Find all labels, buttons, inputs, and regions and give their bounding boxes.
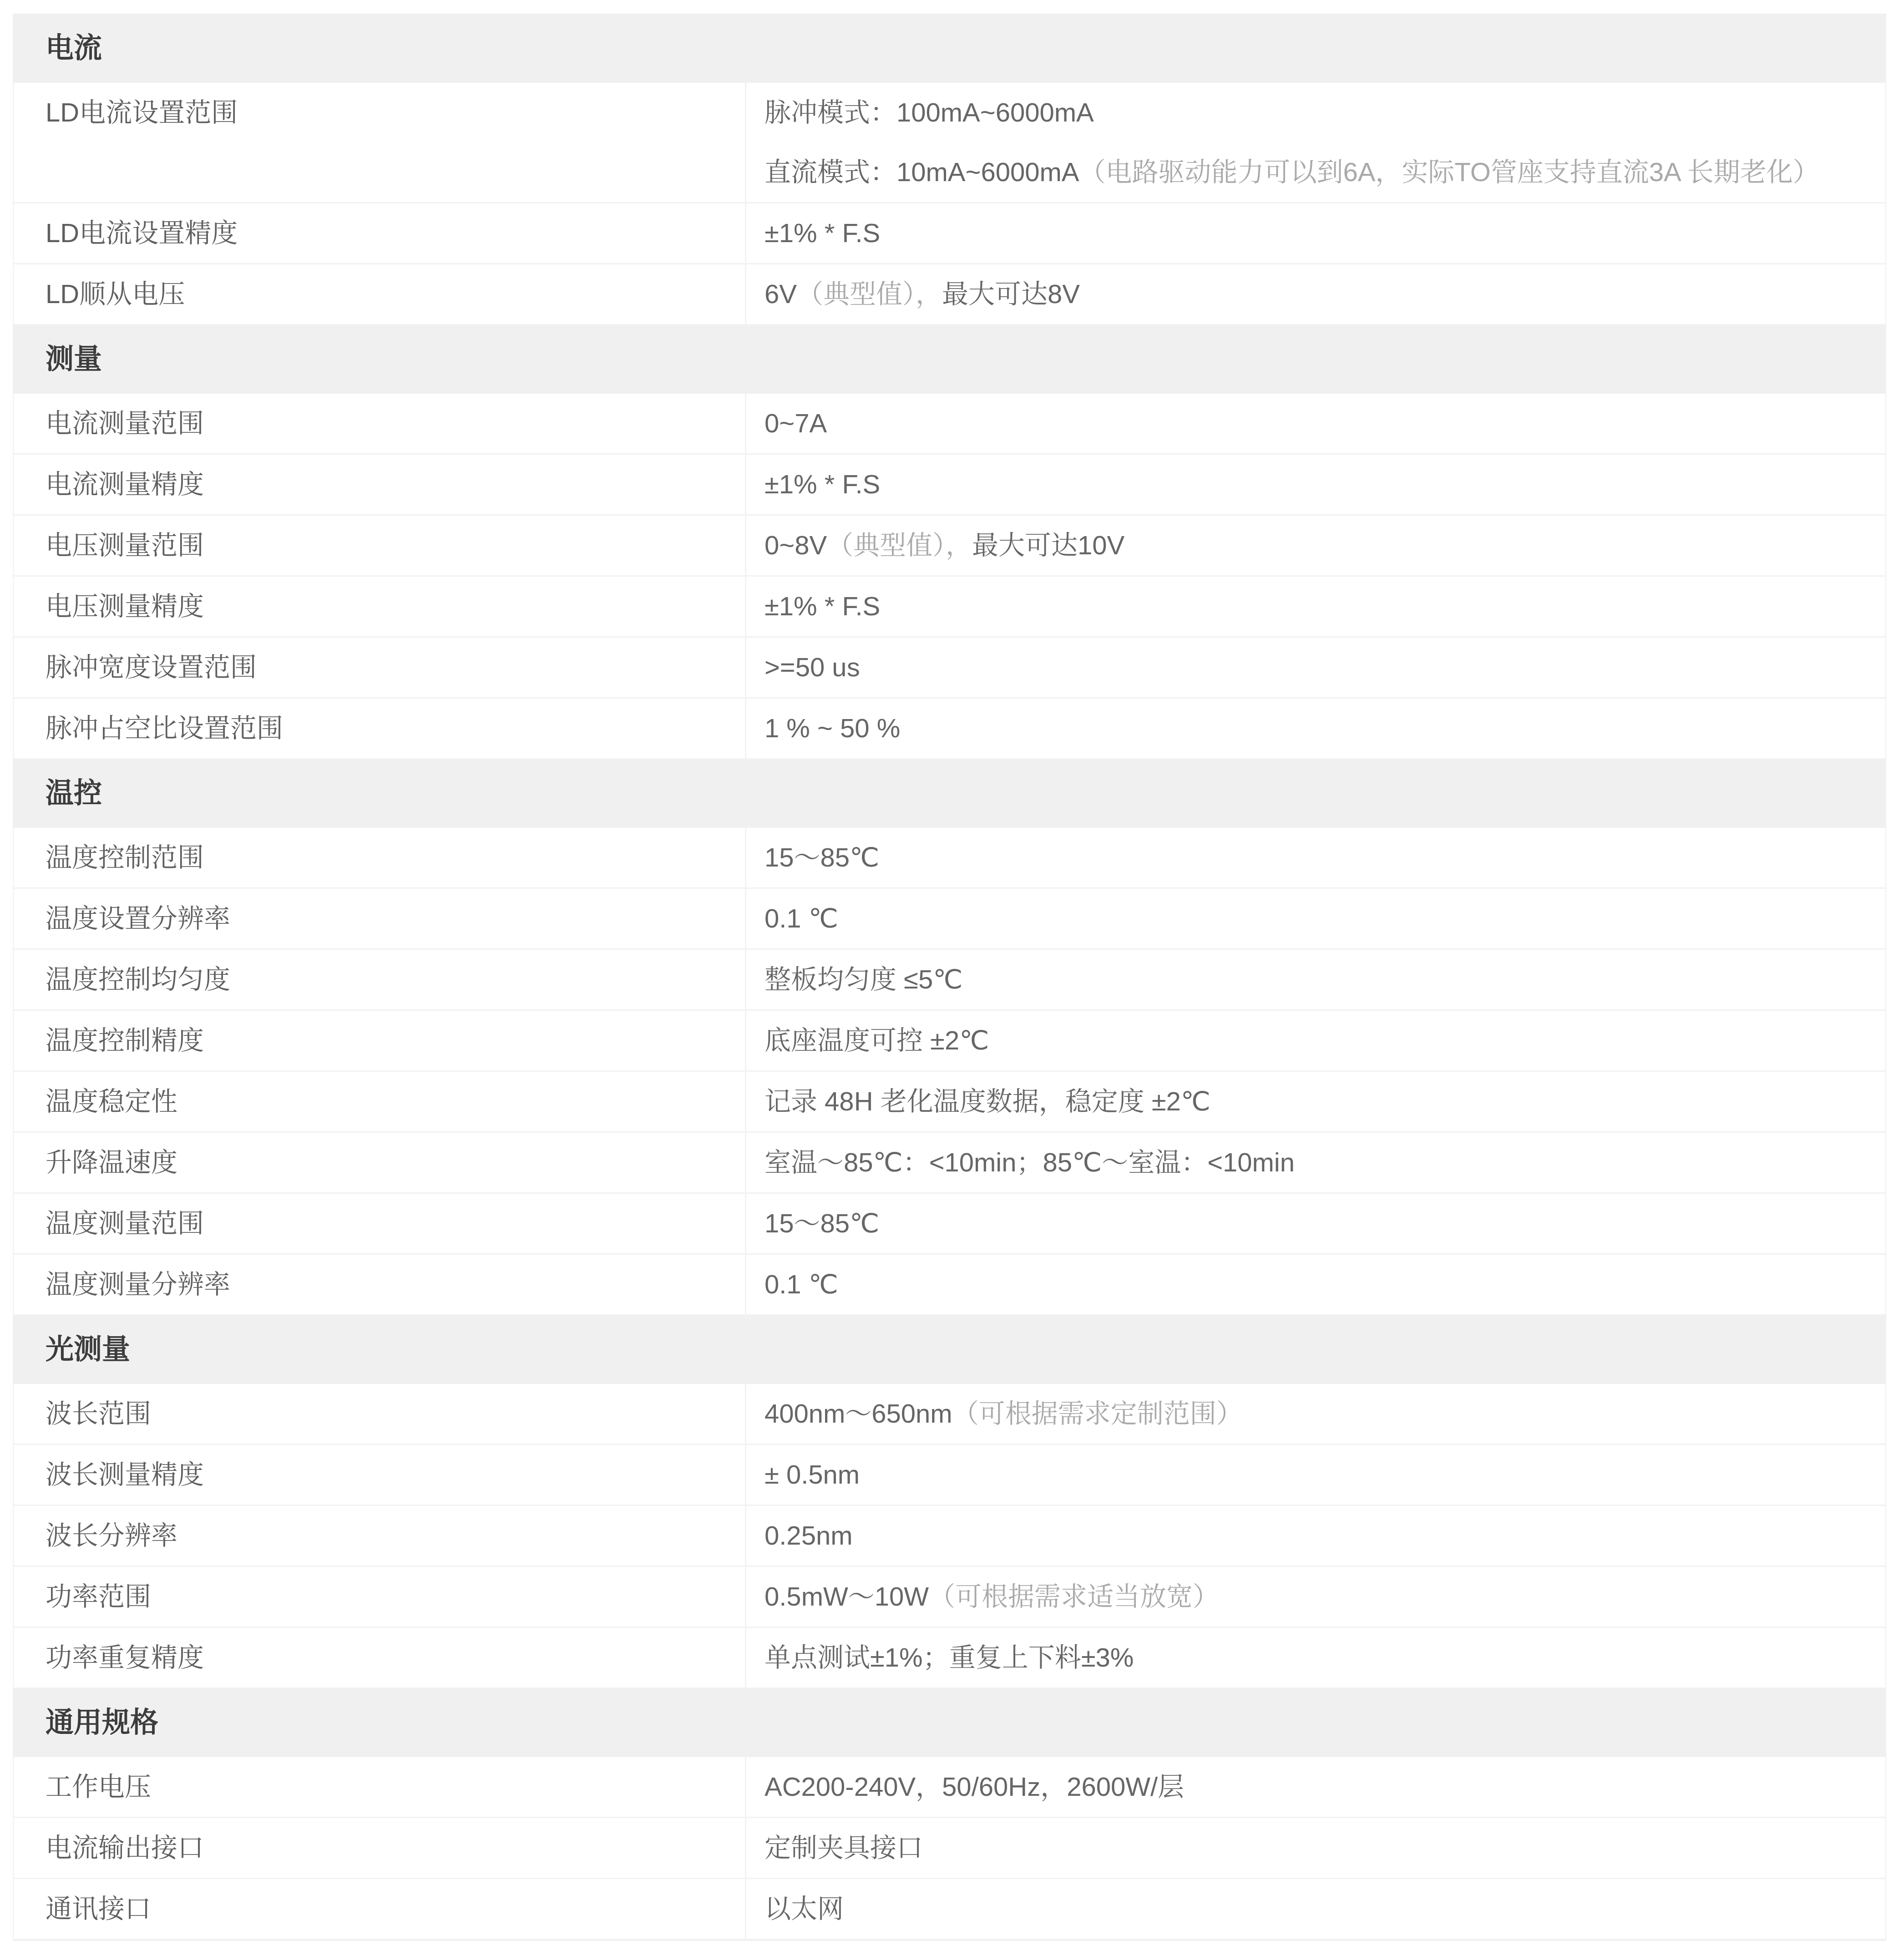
value-line: ±1% * F.S [765,455,1885,514]
value-note-text: （可根据需求适当放宽） [929,1582,1219,1612]
table-row: 温度控制范围 15～85℃ [14,828,1885,889]
table-row: 功率重复精度 单点测试±1%；重复上下料±3% [14,1628,1885,1689]
value-text: ± 0.5nm [765,1460,860,1490]
row-value: 单点测试±1%；重复上下料±3% [746,1628,1885,1688]
value-line: 0.5mW～10W（可根据需求适当放宽） [765,1567,1885,1627]
spec-table: 电流 LD电流设置范围 脉冲模式：100mA~6000mA直流模式：10mA~6… [13,14,1886,1918]
value-text: 单点测试±1%；重复上下料±3% [765,1643,1134,1672]
row-label: 电流测量精度 [14,455,746,514]
value-line: 400nm～650nm（可根据需求定制范围） [765,1384,1885,1444]
section-header-optical-measurement: 光测量 [14,1316,1885,1384]
row-label-text: 电流测量范围 [46,394,745,453]
value-note-text: （可根据需求定制范围） [952,1399,1243,1429]
row-label-text: 电流输出接口 [46,1818,745,1878]
row-label-text: 温度设置分辨率 [46,889,745,948]
table-row: 脉冲占空比设置范围 1 % ~ 50 % [14,699,1885,760]
row-label: LD电流设置精度 [14,203,746,263]
row-label: 功率范围 [14,1567,746,1627]
row-label: 温度控制均匀度 [14,950,746,1009]
table-row: 温度控制精度 底座温度可控 ±2℃ [14,1011,1885,1072]
section-header-current: 电流 [14,15,1885,83]
section-header-temperature-control: 温控 [14,760,1885,828]
value-line: 15～85℃ [765,1194,1885,1253]
row-label: 通讯接口 [14,1879,746,1918]
table-row: LD电流设置精度 ±1% * F.S [14,203,1885,264]
row-value: 整板均匀度 ≤5℃ [746,950,1885,1009]
table-row: 波长分辨率 0.25nm [14,1506,1885,1567]
row-label-text: 电压测量精度 [46,577,745,636]
row-value: ±1% * F.S [746,203,1885,263]
value-text: 底座温度可控 ±2℃ [765,1026,989,1055]
row-label: 温度控制精度 [14,1011,746,1070]
value-line: 0~7A [765,394,1885,453]
value-line: 1 % ~ 50 % [765,699,1885,758]
value-line: 整板均匀度 ≤5℃ [765,950,1885,1009]
value-text: 1 % ~ 50 % [765,714,900,743]
value-text: 脉冲模式：100mA~6000mA [765,98,1094,127]
row-label-text: 温度测量范围 [46,1194,745,1253]
value-line: ±1% * F.S [765,203,1885,263]
row-label: 工作电压 [14,1757,746,1817]
table-row: 电流输出接口 定制夹具接口 [14,1818,1885,1879]
row-value: ±1% * F.S [746,455,1885,514]
value-text: 400nm～650nm [765,1399,952,1429]
row-label-text: 电压测量范围 [46,516,745,575]
table-row: 温度控制均匀度 整板均匀度 ≤5℃ [14,950,1885,1011]
value-line: ± 0.5nm [765,1445,1885,1505]
row-label: 温度测量范围 [14,1194,746,1253]
value-text: 6V [765,279,797,309]
row-label-text: 温度控制均匀度 [46,950,745,1009]
row-label: 脉冲宽度设置范围 [14,638,746,697]
table-row: 功率范围 0.5mW～10W（可根据需求适当放宽） [14,1567,1885,1628]
value-text: >=50 us [765,653,860,682]
row-label-text: 工作电压 [46,1757,745,1817]
row-value: 15～85℃ [746,828,1885,887]
value-text: 定制夹具接口 [765,1833,923,1863]
row-value: 室温～85℃：<10min；85℃～室温：<10min [746,1133,1885,1192]
row-label: LD顺从电压 [14,264,746,324]
row-value: 记录 48H 老化温度数据，稳定度 ±2℃ [746,1072,1885,1131]
row-label: 功率重复精度 [14,1628,746,1688]
table-row: 电流测量范围 0~7A [14,394,1885,455]
row-label: 温度控制范围 [14,828,746,887]
row-value: 脉冲模式：100mA~6000mA直流模式：10mA~6000mA（电路驱动能力… [746,83,1885,202]
row-label-text: 温度稳定性 [46,1072,745,1131]
row-label: 升降温速度 [14,1133,746,1192]
table-row: 工作电压 AC200-240V，50/60Hz，2600W/层 [14,1757,1885,1818]
row-label: 波长范围 [14,1384,746,1444]
value-text: 0.25nm [765,1521,852,1551]
row-label-text: LD电流设置精度 [46,203,745,263]
value-text: ±1% * F.S [765,592,880,621]
row-label: 脉冲占空比设置范围 [14,699,746,758]
value-line: 以太网 [765,1879,1885,1918]
row-label: LD电流设置范围 [14,83,746,202]
row-label: 波长测量精度 [14,1445,746,1505]
row-label-text: 温度控制精度 [46,1011,745,1070]
table-row: 温度测量范围 15～85℃ [14,1194,1885,1255]
row-value: 15～85℃ [746,1194,1885,1253]
row-label-text: 脉冲宽度设置范围 [46,638,745,697]
table-row: 波长测量精度 ± 0.5nm [14,1445,1885,1506]
value-text: 0~8V [765,531,827,560]
value-line: 室温～85℃：<10min；85℃～室温：<10min [765,1133,1885,1192]
value-line: AC200-240V，50/60Hz，2600W/层 [765,1757,1885,1817]
value-line: 6V（典型值），最大可达8V [765,264,1885,324]
row-value: 底座温度可控 ±2℃ [746,1011,1885,1070]
value-line: ±1% * F.S [765,577,1885,636]
value-text: 0.1 ℃ [765,1270,838,1299]
value-text: ±1% * F.S [765,218,880,248]
value-line: 0.1 ℃ [765,889,1885,948]
table-row: 温度设置分辨率 0.1 ℃ [14,889,1885,950]
value-text: 0~7A [765,409,827,438]
value-note-text: （电路驱动能力可以到6A，实际TO管座支持直流3A 长期老化） [1079,157,1819,187]
row-label-text: 升降温速度 [46,1133,745,1192]
row-value: 0.5mW～10W（可根据需求适当放宽） [746,1567,1885,1627]
value-text: 0.1 ℃ [765,904,838,933]
value-text: ±1% * F.S [765,470,880,499]
value-line: 记录 48H 老化温度数据，稳定度 ±2℃ [765,1072,1885,1131]
table-row: 升降温速度 室温～85℃：<10min；85℃～室温：<10min [14,1133,1885,1194]
value-text: 最大可达10V [972,531,1124,560]
section-header-general-specs: 通用规格 [14,1689,1885,1757]
table-row: 通讯接口 以太网 [14,1879,1885,1918]
value-line: 直流模式：10mA~6000mA（电路驱动能力可以到6A，实际TO管座支持直流3… [765,142,1885,202]
row-label: 温度测量分辨率 [14,1255,746,1314]
table-row: 脉冲宽度设置范围 >=50 us [14,638,1885,699]
row-label: 电压测量精度 [14,577,746,636]
row-label-text: 脉冲占空比设置范围 [46,699,745,758]
row-label: 温度稳定性 [14,1072,746,1131]
row-label-text: 功率重复精度 [46,1628,745,1688]
value-text: 直流模式：10mA~6000mA [765,157,1079,187]
row-value: >=50 us [746,638,1885,697]
value-line: 单点测试±1%；重复上下料±3% [765,1628,1885,1688]
row-label: 电流输出接口 [14,1818,746,1878]
value-text: 15～85℃ [765,843,879,872]
row-label-text: 波长范围 [46,1384,745,1444]
table-row: 波长范围 400nm～650nm（可根据需求定制范围） [14,1384,1885,1445]
row-value: 1 % ~ 50 % [746,699,1885,758]
value-text: 以太网 [765,1894,844,1918]
value-line: 底座温度可控 ±2℃ [765,1011,1885,1070]
value-text: 记录 48H 老化温度数据，稳定度 ±2℃ [765,1087,1210,1116]
row-value: 0~7A [746,394,1885,453]
row-label-text: 电流测量精度 [46,455,745,514]
row-label: 波长分辨率 [14,1506,746,1566]
value-line: 0.25nm [765,1506,1885,1566]
value-line: >=50 us [765,638,1885,697]
row-value: 以太网 [746,1879,1885,1918]
value-text: 15～85℃ [765,1209,879,1238]
row-label-text: 温度控制范围 [46,828,745,887]
row-label-text: 温度测量分辨率 [46,1255,745,1314]
table-row: 电压测量精度 ±1% * F.S [14,577,1885,638]
value-text: 0.5mW～10W [765,1582,929,1612]
value-note-text: （典型值）， [797,279,942,309]
row-label-text: 波长测量精度 [46,1445,745,1505]
value-line: 0~8V（典型值），最大可达10V [765,516,1885,575]
table-row: 温度稳定性 记录 48H 老化温度数据，稳定度 ±2℃ [14,1072,1885,1133]
row-value: AC200-240V，50/60Hz，2600W/层 [746,1757,1885,1817]
value-line: 0.1 ℃ [765,1255,1885,1314]
value-line: 脉冲模式：100mA~6000mA [765,83,1885,142]
row-label-text: 功率范围 [46,1567,745,1627]
row-value: 0.1 ℃ [746,889,1885,948]
row-value: ± 0.5nm [746,1445,1885,1505]
row-value: 400nm～650nm（可根据需求定制范围） [746,1384,1885,1444]
row-label-text: LD顺从电压 [46,264,745,324]
value-text: 整板均匀度 ≤5℃ [765,965,962,994]
value-line: 15～85℃ [765,828,1885,887]
table-row: LD顺从电压 6V（典型值），最大可达8V [14,264,1885,325]
row-label: 电流测量范围 [14,394,746,453]
table-row: 温度测量分辨率 0.1 ℃ [14,1255,1885,1316]
value-text: 室温～85℃：<10min；85℃～室温：<10min [765,1148,1295,1177]
row-value: 0.25nm [746,1506,1885,1566]
table-row: 电流测量精度 ±1% * F.S [14,455,1885,516]
row-label-text: 通讯接口 [46,1879,745,1918]
table-row: 电压测量范围 0~8V（典型值），最大可达10V [14,516,1885,577]
section-header-measurement: 测量 [14,325,1885,394]
row-value: 0~8V（典型值），最大可达10V [746,516,1885,575]
value-text: 最大可达8V [942,279,1080,309]
value-text: AC200-240V，50/60Hz，2600W/层 [765,1772,1184,1802]
value-note-text: （典型值）， [827,531,972,560]
row-label: 温度设置分辨率 [14,889,746,948]
row-label-text: LD电流设置范围 [46,83,745,142]
table-row: LD电流设置范围 脉冲模式：100mA~6000mA直流模式：10mA~6000… [14,83,1885,203]
row-label-text: 波长分辨率 [46,1506,745,1566]
value-line: 定制夹具接口 [765,1818,1885,1878]
row-value: 6V（典型值），最大可达8V [746,264,1885,324]
row-value: 0.1 ℃ [746,1255,1885,1314]
row-label: 电压测量范围 [14,516,746,575]
row-value: 定制夹具接口 [746,1818,1885,1878]
row-value: ±1% * F.S [746,577,1885,636]
